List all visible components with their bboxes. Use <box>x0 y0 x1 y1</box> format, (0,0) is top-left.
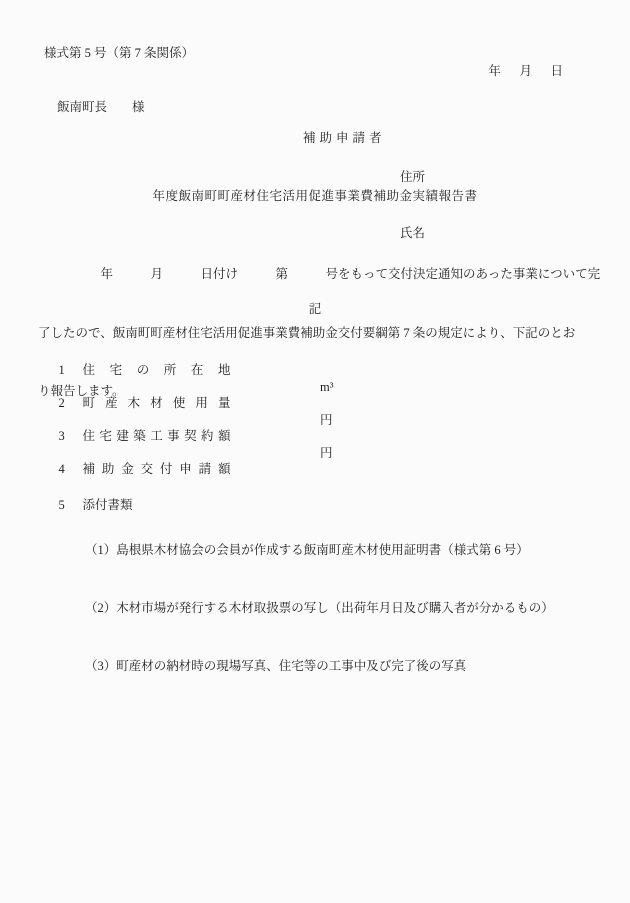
document-page: 様式第 5 号（第 7 条関係） 年 月 日 飯南町長 様 補助申請者 住所 氏… <box>0 0 630 903</box>
attachment-line-1: （1）島根県木材協会の会員が作成する飯南町産木材使用証明書（様式第 6 号） <box>85 541 554 560</box>
record-marker: 記 <box>0 302 630 318</box>
attachment-list: （1）島根県木材協会の会員が作成する飯南町産木材使用証明書（様式第 6 号） （… <box>85 502 554 715</box>
item-number: 1 <box>59 363 83 379</box>
applicant-label: 補助申請者 <box>303 131 386 147</box>
item-unit-yen: 円 <box>320 413 333 429</box>
attachment-line-3: （3）町産材の納材時の現場写真、住宅等の工事中及び完了後の写真 <box>85 657 554 676</box>
body-line: 年 月 日付け 第 号をもって交付決定通知のあった事業について完 <box>38 265 594 285</box>
body-line: 了したので、飯南町町産材住宅活用促進事業費補助金交付要綱第 7 条の規定により、… <box>38 324 594 344</box>
item-number: 3 <box>59 429 83 445</box>
item-label: 補助金交付申請額 <box>83 462 231 478</box>
applicant-address-label: 住所 <box>400 168 425 187</box>
item-label: 住宅建築工事契約額 <box>83 429 231 445</box>
item-number: 5 <box>59 498 83 514</box>
form-number: 様式第 5 号（第 7 条関係） <box>44 46 194 62</box>
item-unit-cubic-meter: m³ <box>320 380 333 396</box>
date-line: 年 月 日 <box>488 64 566 80</box>
item-label: 町産木材使用量 <box>83 396 231 412</box>
item-label: 住宅の所在地 <box>83 363 231 379</box>
document-title: 年度飯南町町産材住宅活用促進事業費補助金実績報告書 <box>0 189 630 205</box>
item-number: 4 <box>59 462 83 478</box>
recipient-line: 飯南町長 様 <box>57 100 145 116</box>
item-number: 2 <box>59 396 83 412</box>
attachment-line-2: （2）木材市場が発行する木材取扱票の写し（出荷年月日及び購入者が分かるもの） <box>85 599 554 618</box>
item-unit-yen: 円 <box>320 446 333 462</box>
